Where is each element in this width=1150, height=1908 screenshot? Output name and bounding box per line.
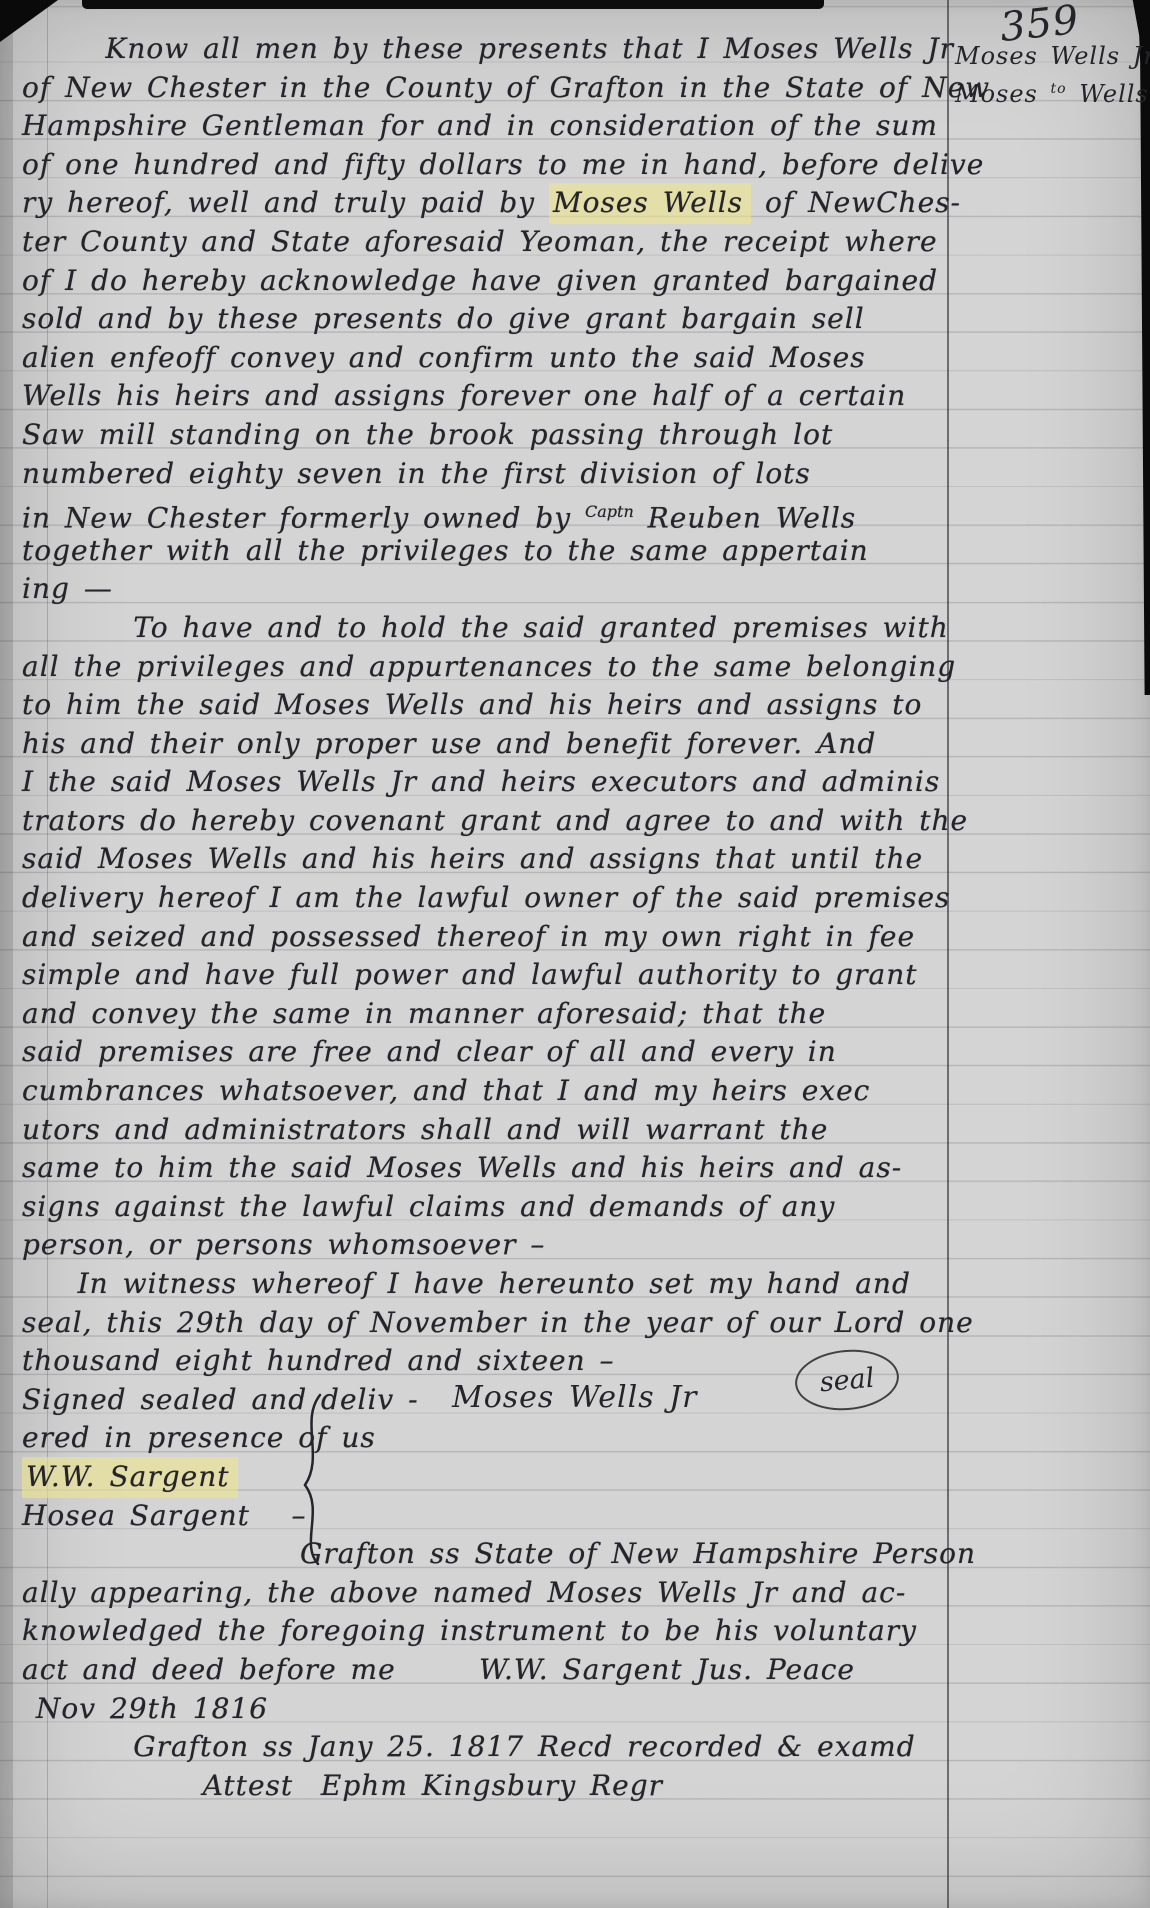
- handwritten-line: alien enfeoff convey and confirm unto th…: [22, 339, 947, 378]
- handwritten-line: ered in presence of us: [22, 1419, 947, 1458]
- handwritten-line: ing —: [22, 570, 947, 609]
- handwritten-line: said Moses Wells and his heirs and assig…: [22, 840, 947, 879]
- line-text: to him the said Moses Wells and his heir…: [22, 688, 922, 721]
- handwritten-line: signs against the lawful claims and dema…: [22, 1188, 947, 1227]
- handwritten-line: of one hundred and fifty dollars to me i…: [22, 146, 947, 185]
- handwritten-line: In witness whereof I have hereunto set m…: [22, 1265, 947, 1304]
- line-text: person, or persons whomsoever –: [22, 1228, 545, 1261]
- line-text: seal, this 29th day of November in the y…: [22, 1306, 974, 1339]
- highlighted-text: Moses Wells: [549, 183, 751, 224]
- line-text: said Moses Wells and his heirs and assig…: [22, 842, 923, 875]
- line-text: same to him the said Moses Wells and his…: [22, 1151, 902, 1184]
- handwritten-line: I the said Moses Wells Jr and heirs exec…: [22, 763, 947, 802]
- handwritten-line: simple and have full power and lawful au…: [22, 956, 947, 995]
- line-text: and convey the same in manner aforesaid;…: [22, 997, 826, 1030]
- line-text: Saw mill standing on the brook passing t…: [22, 418, 833, 451]
- handwritten-line: ry hereof, well and truly paid by Moses …: [22, 184, 947, 223]
- line-text: of New Chester in the County of Grafton …: [22, 71, 990, 104]
- line-text: in New Chester formerly owned by: [22, 501, 585, 534]
- line-text: I the said Moses Wells Jr and heirs exec…: [22, 765, 940, 798]
- handwritten-line: all the privileges and appurtenances to …: [22, 648, 947, 687]
- line-text: Grafton ss Jany 25. 1817 Recd recorded &…: [22, 1730, 916, 1763]
- scanned-deed-page: 359 Moses Wells Jr Moses to Wells – Know…: [0, 0, 1150, 1908]
- highlighted-text: W.W. Sargent: [22, 1457, 238, 1498]
- line-text: said premises are free and clear of all …: [22, 1035, 837, 1068]
- line-text: of one hundred and fifty dollars to me i…: [22, 148, 984, 181]
- inserted-superscript-text: Captn: [585, 502, 634, 521]
- handwritten-line: of New Chester in the County of Grafton …: [22, 69, 947, 108]
- handwritten-line: W.W. Sargent: [22, 1458, 947, 1497]
- handwritten-line: ally appearing, the above named Moses We…: [22, 1574, 947, 1613]
- handwritten-line: together with all the privileges to the …: [22, 532, 947, 571]
- handwritten-line: To have and to hold the said granted pre…: [22, 609, 947, 648]
- line-text: ered in presence of us: [22, 1421, 376, 1454]
- handwritten-line: Hosea Sargent –: [22, 1497, 947, 1536]
- handwritten-line: Grafton ss Jany 25. 1817 Recd recorded &…: [22, 1728, 947, 1767]
- line-text: Reuben Wells: [634, 501, 856, 534]
- line-text: thousand eight hundred and sixteen –: [22, 1344, 615, 1377]
- line-text: his and their only proper use and benefi…: [22, 727, 876, 760]
- line-text: numbered eighty seven in the first divis…: [22, 457, 811, 490]
- handwritten-line: of I do hereby acknowledge have given gr…: [22, 262, 947, 301]
- seal-label: seal: [818, 1362, 875, 1398]
- line-text: of NewChes-: [751, 186, 961, 219]
- line-text: ter County and State aforesaid Yeoman, t…: [22, 225, 938, 258]
- handwritten-line: sold and by these presents do give grant…: [22, 300, 947, 339]
- line-text: To have and to hold the said granted pre…: [22, 611, 949, 644]
- page-left-edge-shade: [0, 0, 13, 1908]
- line-text: utors and administrators shall and will …: [22, 1113, 828, 1146]
- line-text: ry hereof, well and truly paid by: [22, 186, 549, 219]
- deed-body: Know all men by these presents that I Mo…: [22, 30, 947, 1805]
- handwritten-line: ter County and State aforesaid Yeoman, t…: [22, 223, 947, 262]
- handwritten-line: knowledged the foregoing instrument to b…: [22, 1612, 947, 1651]
- line-text: Signed sealed and deliv -: [22, 1383, 419, 1416]
- handwritten-line: Nov 29th 1816: [22, 1690, 947, 1729]
- handwritten-line: said premises are free and clear of all …: [22, 1033, 947, 1072]
- line-text: all the privileges and appurtenances to …: [22, 650, 956, 683]
- margin-divider-rule: [947, 0, 949, 1908]
- line-text: ally appearing, the above named Moses We…: [22, 1576, 906, 1609]
- handwritten-line: and convey the same in manner aforesaid;…: [22, 995, 947, 1034]
- handwritten-line: Hampshire Gentleman for and in considera…: [22, 107, 947, 146]
- scan-top-edge-artifact: [82, 0, 824, 9]
- handwritten-line: Wells his heirs and assigns forever one …: [22, 377, 947, 416]
- line-text: simple and have full power and lawful au…: [22, 958, 918, 991]
- handwritten-line: delivery hereof I am the lawful owner of…: [22, 879, 947, 918]
- handwritten-line: person, or persons whomsoever –: [22, 1226, 947, 1265]
- handwritten-line: numbered eighty seven in the first divis…: [22, 455, 947, 494]
- handwritten-line: Saw mill standing on the brook passing t…: [22, 416, 947, 455]
- line-text: together with all the privileges to the …: [22, 534, 869, 567]
- handwritten-line: in New Chester formerly owned by Captn R…: [22, 493, 947, 532]
- line-text: Know all men by these presents that I Mo…: [22, 32, 954, 65]
- handwritten-line: act and deed before me W.W. Sargent Jus.…: [22, 1651, 947, 1690]
- handwritten-line: cumbrances whatsoever, and that I and my…: [22, 1072, 947, 1111]
- line-text: sold and by these presents do give grant…: [22, 302, 865, 335]
- line-text: Nov 29th 1816: [22, 1692, 268, 1725]
- handwritten-line: Attest Ephm Kingsbury Regr: [22, 1767, 947, 1806]
- line-text: and seized and possessed thereof in my o…: [22, 920, 915, 953]
- line-text: delivery hereof I am the lawful owner of…: [22, 881, 950, 914]
- handwritten-line: his and their only proper use and benefi…: [22, 725, 947, 764]
- handwritten-line: same to him the said Moses Wells and his…: [22, 1149, 947, 1188]
- handwritten-line: Know all men by these presents that I Mo…: [22, 30, 947, 69]
- line-text: Grafton ss State of New Hampshire Person: [22, 1537, 976, 1570]
- handwritten-line: utors and administrators shall and will …: [22, 1111, 947, 1150]
- line-text: act and deed before me W.W. Sargent Jus.…: [22, 1653, 855, 1686]
- margin-note-text: Wells –: [1067, 80, 1150, 108]
- grantor-signature: Moses Wells Jr: [452, 1380, 698, 1415]
- line-text: signs against the lawful claims and dema…: [22, 1190, 835, 1223]
- line-text: alien enfeoff convey and confirm unto th…: [22, 341, 866, 374]
- handwritten-line: seal, this 29th day of November in the y…: [22, 1304, 947, 1343]
- line-text: In witness whereof I have hereunto set m…: [22, 1267, 911, 1300]
- line-text: Attest Ephm Kingsbury Regr: [22, 1769, 663, 1802]
- margin-note-superscript: to: [1051, 81, 1067, 97]
- line-text: knowledged the foregoing instrument to b…: [22, 1614, 917, 1647]
- line-text: of I do hereby acknowledge have given gr…: [22, 264, 938, 297]
- handwritten-line: Grafton ss State of New Hampshire Person: [22, 1535, 947, 1574]
- line-text: cumbrances whatsoever, and that I and my…: [22, 1074, 870, 1107]
- line-text: ing —: [22, 572, 113, 605]
- line-text: Hampshire Gentleman for and in considera…: [22, 109, 938, 142]
- margin-note-grantor: Moses Wells Jr: [955, 42, 1150, 70]
- line-text: Wells his heirs and assigns forever one …: [22, 379, 906, 412]
- line-text: trators do hereby covenant grant and agr…: [22, 804, 968, 837]
- handwritten-line: and seized and possessed thereof in my o…: [22, 918, 947, 957]
- line-text: Hosea Sargent –: [22, 1499, 307, 1532]
- handwritten-line: trators do hereby covenant grant and agr…: [22, 802, 947, 841]
- handwritten-line: to him the said Moses Wells and his heir…: [22, 686, 947, 725]
